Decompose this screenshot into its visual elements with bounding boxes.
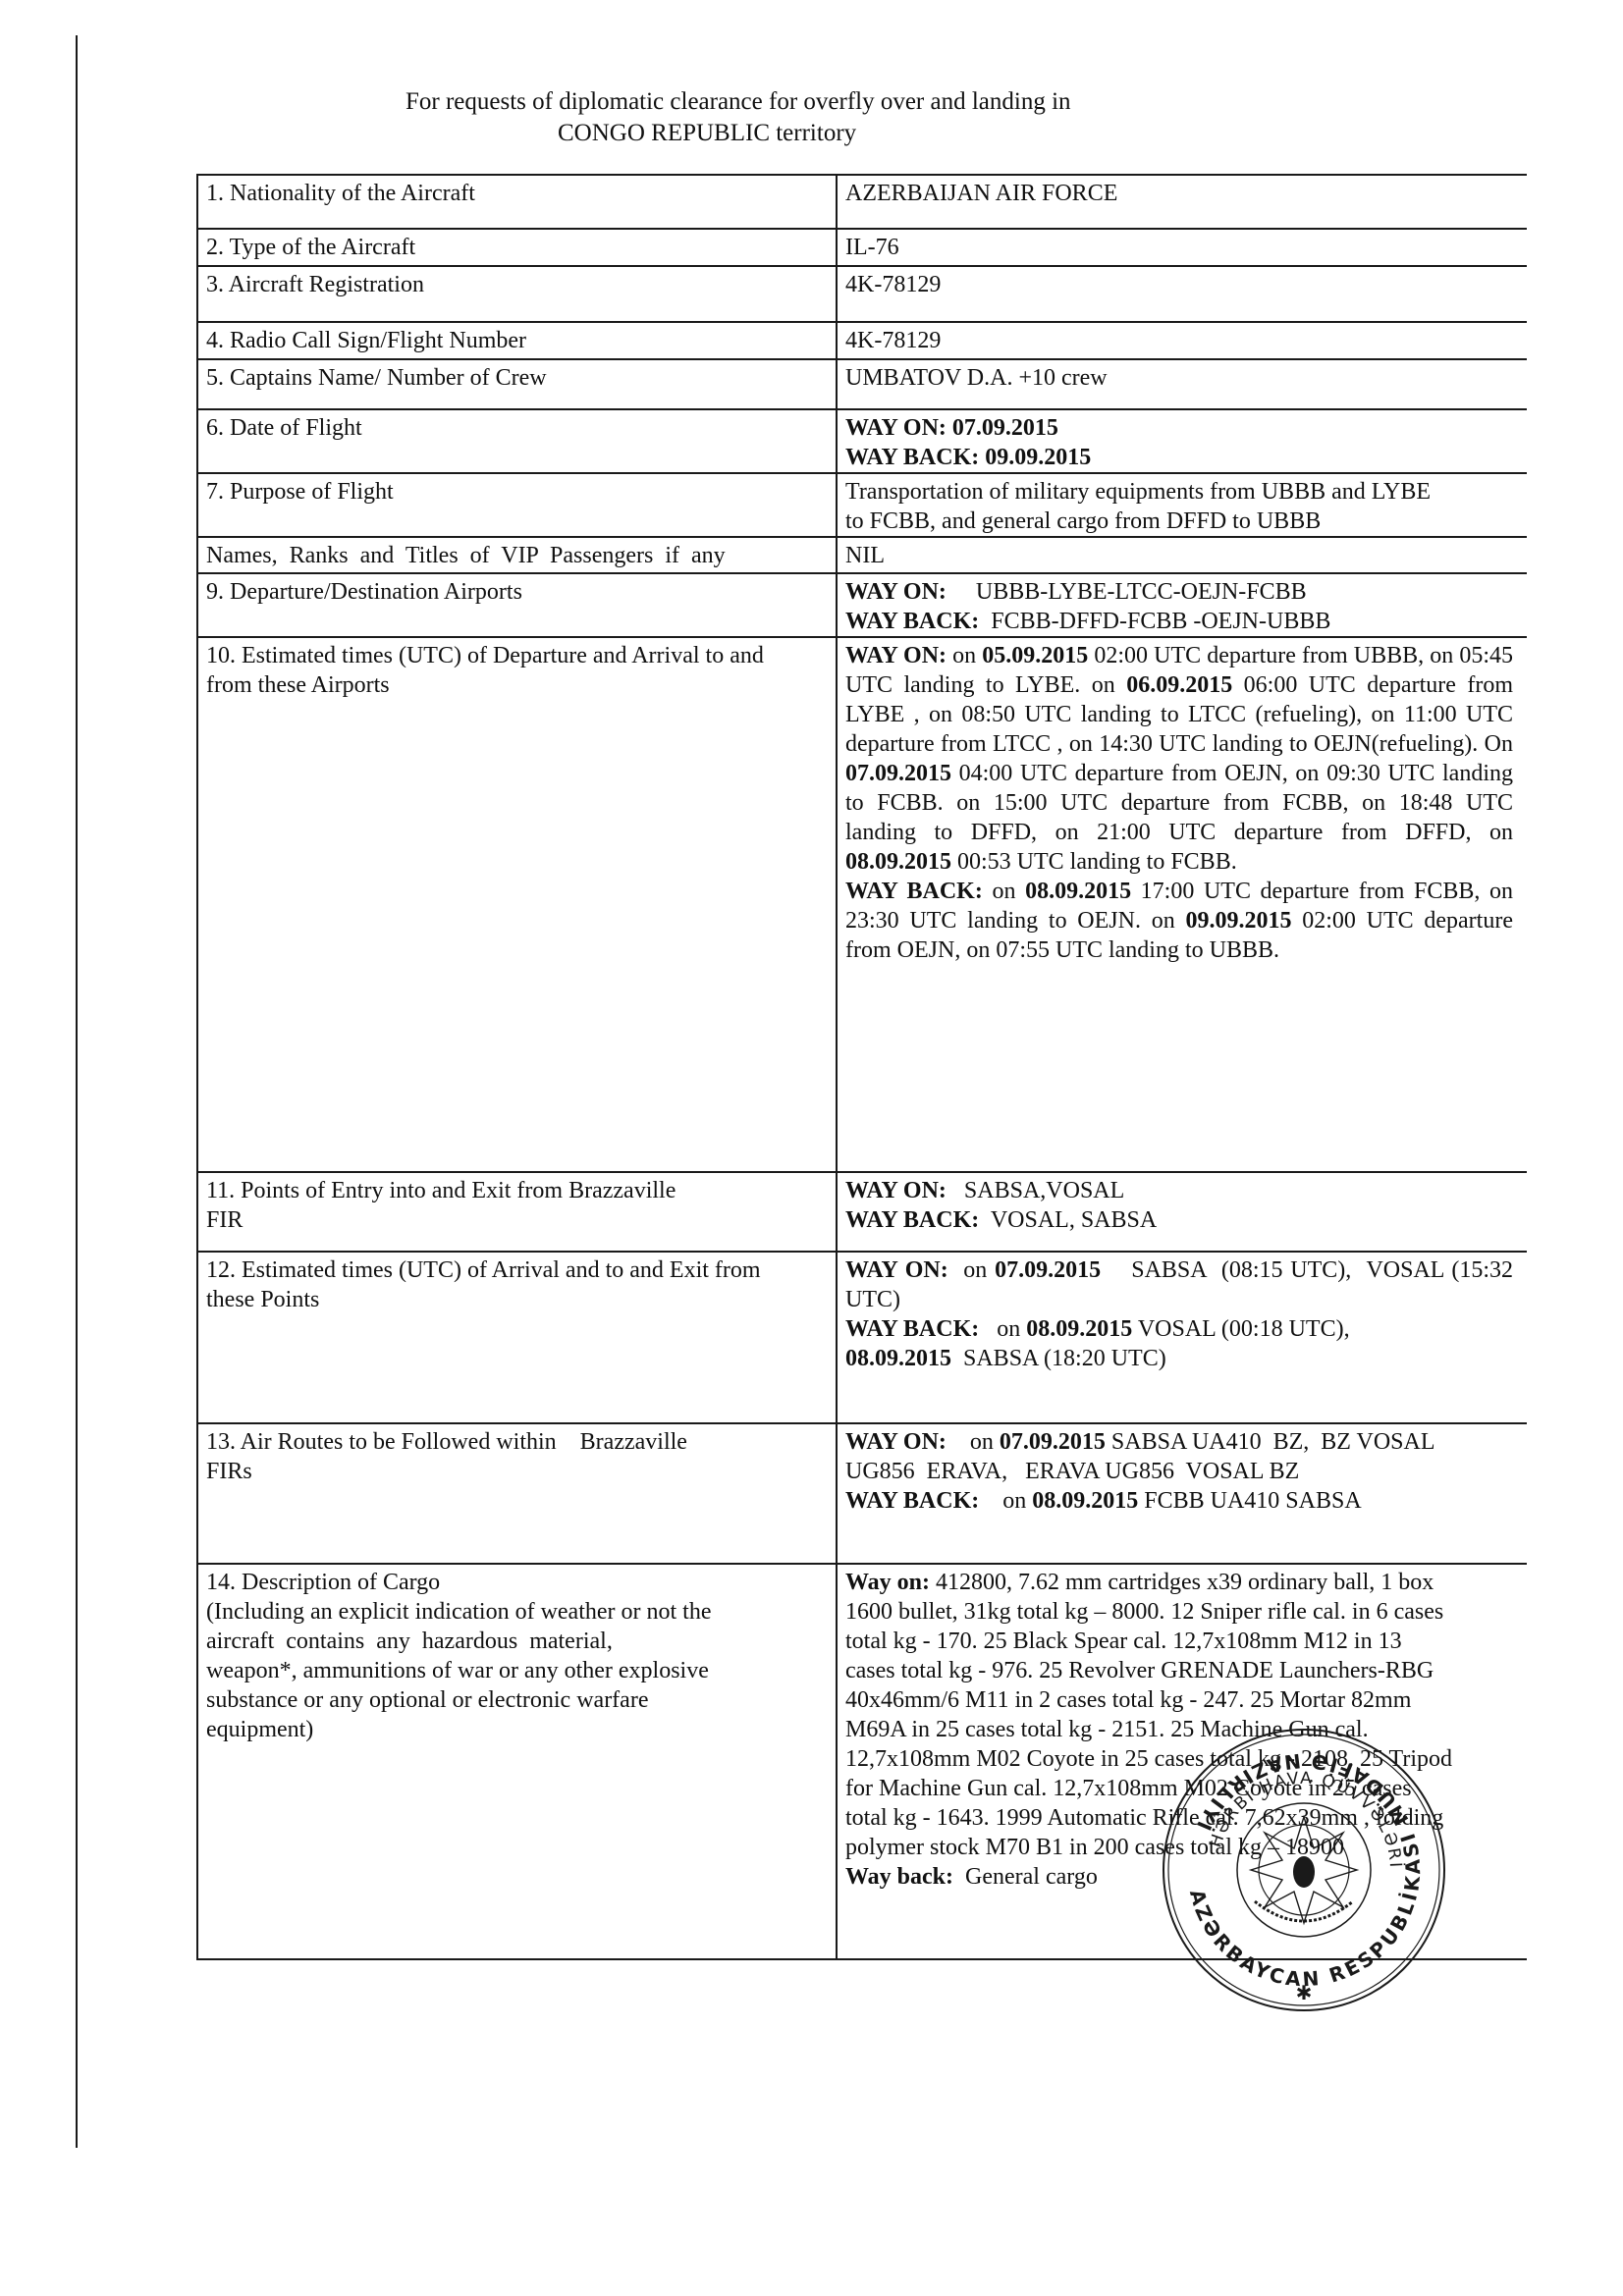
table-row: 11. Points of Entry into and Exit from B…: [197, 1172, 1527, 1252]
table-row: 6. Date of Flight WAY ON: 07.09.2015 WAY…: [197, 409, 1527, 473]
field-label: 10. Estimated times (UTC) of Departure a…: [197, 637, 837, 1172]
field-value-estimated-times: WAY ON: on 05.09.2015 02:00 UTC departur…: [837, 637, 1527, 1172]
header-line-2: CONGO REPUBLIC territory: [558, 118, 1178, 149]
field-value-registration: 4K-78129: [837, 266, 1527, 322]
table-row: 5. Captains Name/ Number of Crew UMBATOV…: [197, 359, 1527, 409]
field-label: 1. Nationality of the Aircraft: [197, 175, 837, 229]
field-value-air-routes: WAY ON: on 07.09.2015 SABSA UA410 BZ, BZ…: [837, 1423, 1527, 1564]
table-row: 2. Type of the Aircraft IL-76: [197, 229, 1527, 266]
table-row: 9. Departure/Destination Airports WAY ON…: [197, 573, 1527, 637]
document-header: For requests of diplomatic clearance for…: [393, 86, 1178, 149]
table-row: Names, Ranks and Titles of VIP Passenger…: [197, 537, 1527, 573]
clearance-form-table: 1. Nationality of the Aircraft AZERBAIJA…: [196, 174, 1527, 1960]
table-row: 1. Nationality of the Aircraft AZERBAIJA…: [197, 175, 1527, 229]
field-value-call-sign: 4K-78129: [837, 322, 1527, 359]
field-label: 13. Air Routes to be Followed within Bra…: [197, 1423, 837, 1564]
field-label: 9. Departure/Destination Airports: [197, 573, 837, 637]
field-value-captain: UMBATOV D.A. +10 crew: [837, 359, 1527, 409]
field-value-point-times: WAY ON: on 07.09.2015 SABSA (08:15 UTC),…: [837, 1252, 1527, 1423]
field-label: 4. Radio Call Sign/Flight Number: [197, 322, 837, 359]
field-label: 5. Captains Name/ Number of Crew: [197, 359, 837, 409]
page-margin-line: [76, 35, 78, 2148]
field-value-cargo: Way on: 412800, 7.62 mm cartridges x39 o…: [837, 1564, 1527, 1959]
field-value-airports: WAY ON: UBBB-LYBE-LTCC-OEJN-FCBB WAY BAC…: [837, 573, 1527, 637]
table-row: 10. Estimated times (UTC) of Departure a…: [197, 637, 1527, 1172]
way-on-schedule: WAY ON: on 05.09.2015 02:00 UTC departur…: [845, 641, 1513, 877]
field-value-aircraft-type: IL-76: [837, 229, 1527, 266]
table-row: 3. Aircraft Registration 4K-78129: [197, 266, 1527, 322]
field-label: 14. Description of Cargo (Including an e…: [197, 1564, 837, 1959]
field-label: 11. Points of Entry into and Exit from B…: [197, 1172, 837, 1252]
table-row: 13. Air Routes to be Followed within Bra…: [197, 1423, 1527, 1564]
field-label: Names, Ranks and Titles of VIP Passenger…: [197, 537, 837, 573]
way-back-schedule: WAY BACK: on 08.09.2015 17:00 UTC depart…: [845, 877, 1513, 965]
field-value-date: WAY ON: 07.09.2015 WAY BACK: 09.09.2015: [837, 409, 1527, 473]
field-label: 2. Type of the Aircraft: [197, 229, 837, 266]
field-value-entry-exit-points: WAY ON: SABSA,VOSAL WAY BACK: VOSAL, SAB…: [837, 1172, 1527, 1252]
table-row: 4. Radio Call Sign/Flight Number 4K-7812…: [197, 322, 1527, 359]
table-row: 12. Estimated times (UTC) of Arrival and…: [197, 1252, 1527, 1423]
header-line-1: For requests of diplomatic clearance for…: [406, 86, 1178, 118]
field-label: 6. Date of Flight: [197, 409, 837, 473]
table-row: 7. Purpose of Flight Transportation of m…: [197, 473, 1527, 537]
table-row: 14. Description of Cargo (Including an e…: [197, 1564, 1527, 1959]
star-icon: ✱: [1296, 1983, 1313, 2004]
field-label: 12. Estimated times (UTC) of Arrival and…: [197, 1252, 837, 1423]
field-label: 7. Purpose of Flight: [197, 473, 837, 537]
field-value-vip: NIL: [837, 537, 1527, 573]
field-label: 3. Aircraft Registration: [197, 266, 837, 322]
field-value-purpose: Transportation of military equipments fr…: [837, 473, 1527, 537]
field-value-nationality: AZERBAIJAN AIR FORCE: [837, 175, 1527, 229]
